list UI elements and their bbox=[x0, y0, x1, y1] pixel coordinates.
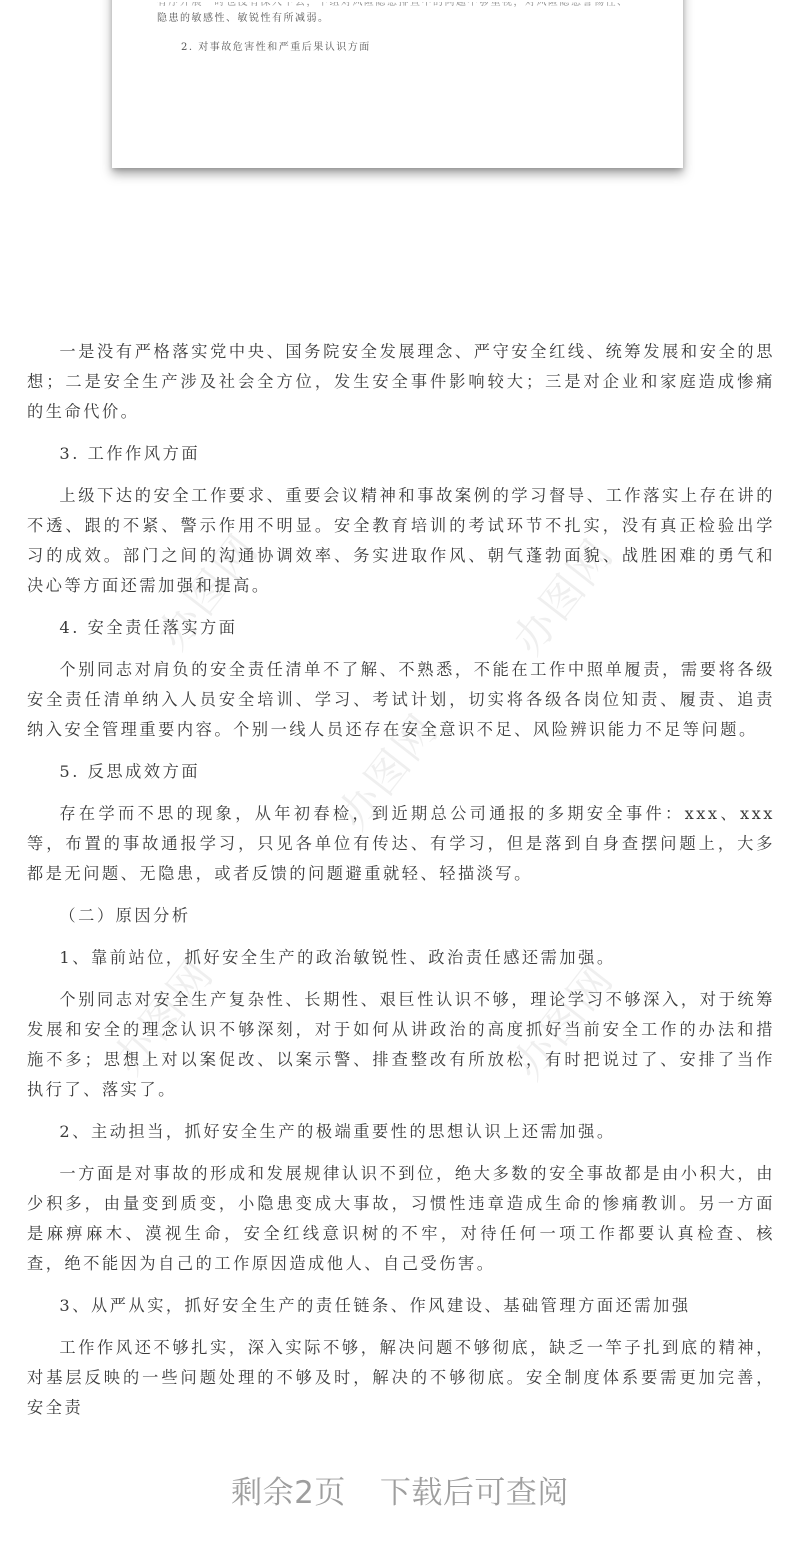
preview-cut-line: 有序开展一时也没有深入下去，下组对风险隐患排查中的问题不够重视，对风险隐患警惕性… bbox=[157, 0, 629, 8]
preview-text-line: 隐患的敏感性、敏锐性有所减弱。 bbox=[157, 9, 330, 24]
remaining-pages-label: 剩余2页 bbox=[231, 1475, 346, 1511]
paragraph: 工作作风还不够扎实，深入实际不够，解决问题不够彻底，缺乏一竿子扎到底的精神，对基… bbox=[27, 1333, 775, 1423]
section-heading: 5. 反思成效方面 bbox=[27, 757, 775, 787]
section-heading: 4. 安全责任落实方面 bbox=[27, 613, 775, 643]
subsection-heading: 3、从严从实，抓好安全生产的责任链条、作风建设、基础管理方面还需加强 bbox=[27, 1291, 775, 1321]
paragraph: 上级下达的安全工作要求、重要会议精神和事故案例的学习督导、工作落实上存在讲的不透… bbox=[27, 481, 775, 601]
paragraph: 一方面是对事故的形成和发展规律认识不到位，绝大多数的安全事故都是由小积大，由少积… bbox=[27, 1159, 775, 1279]
page-preview-card: 有序开展一时也没有深入下去，下组对风险隐患排查中的问题不够重视，对风险隐患警惕性… bbox=[112, 0, 683, 168]
paragraph: 存在学而不思的现象，从年初春检，到近期总公司通报的多期安全事件：xxx、xxx … bbox=[27, 799, 775, 889]
download-hint-label: 下载后可查阅 bbox=[380, 1475, 569, 1511]
subsection-heading: 2、主动担当，抓好安全生产的极端重要性的思想认识上还需加强。 bbox=[27, 1117, 775, 1147]
preview-heading: 2. 对事故危害性和严重后果认识方面 bbox=[181, 38, 371, 53]
download-to-view-banner[interactable]: 剩余2页下载后可查阅 bbox=[0, 1467, 800, 1512]
subsection-heading: 1、靠前站位，抓好安全生产的政治敏锐性、政治责任感还需加强。 bbox=[27, 943, 775, 973]
section-heading: （二）原因分析 bbox=[27, 901, 775, 931]
section-heading: 3. 工作作风方面 bbox=[27, 439, 775, 469]
paragraph: 个别同志对安全生产复杂性、长期性、艰巨性认识不够，理论学习不够深入，对于统筹发展… bbox=[27, 985, 775, 1105]
paragraph: 个别同志对肩负的安全责任清单不了解、不熟悉，不能在工作中照单履责，需要将各级安全… bbox=[27, 655, 775, 745]
document-body: 一是没有严格落实党中央、国务院安全发展理念、严守安全红线、统筹发展和安全的思想；… bbox=[27, 337, 775, 1423]
paragraph: 一是没有严格落实党中央、国务院安全发展理念、严守安全红线、统筹发展和安全的思想；… bbox=[27, 337, 775, 427]
